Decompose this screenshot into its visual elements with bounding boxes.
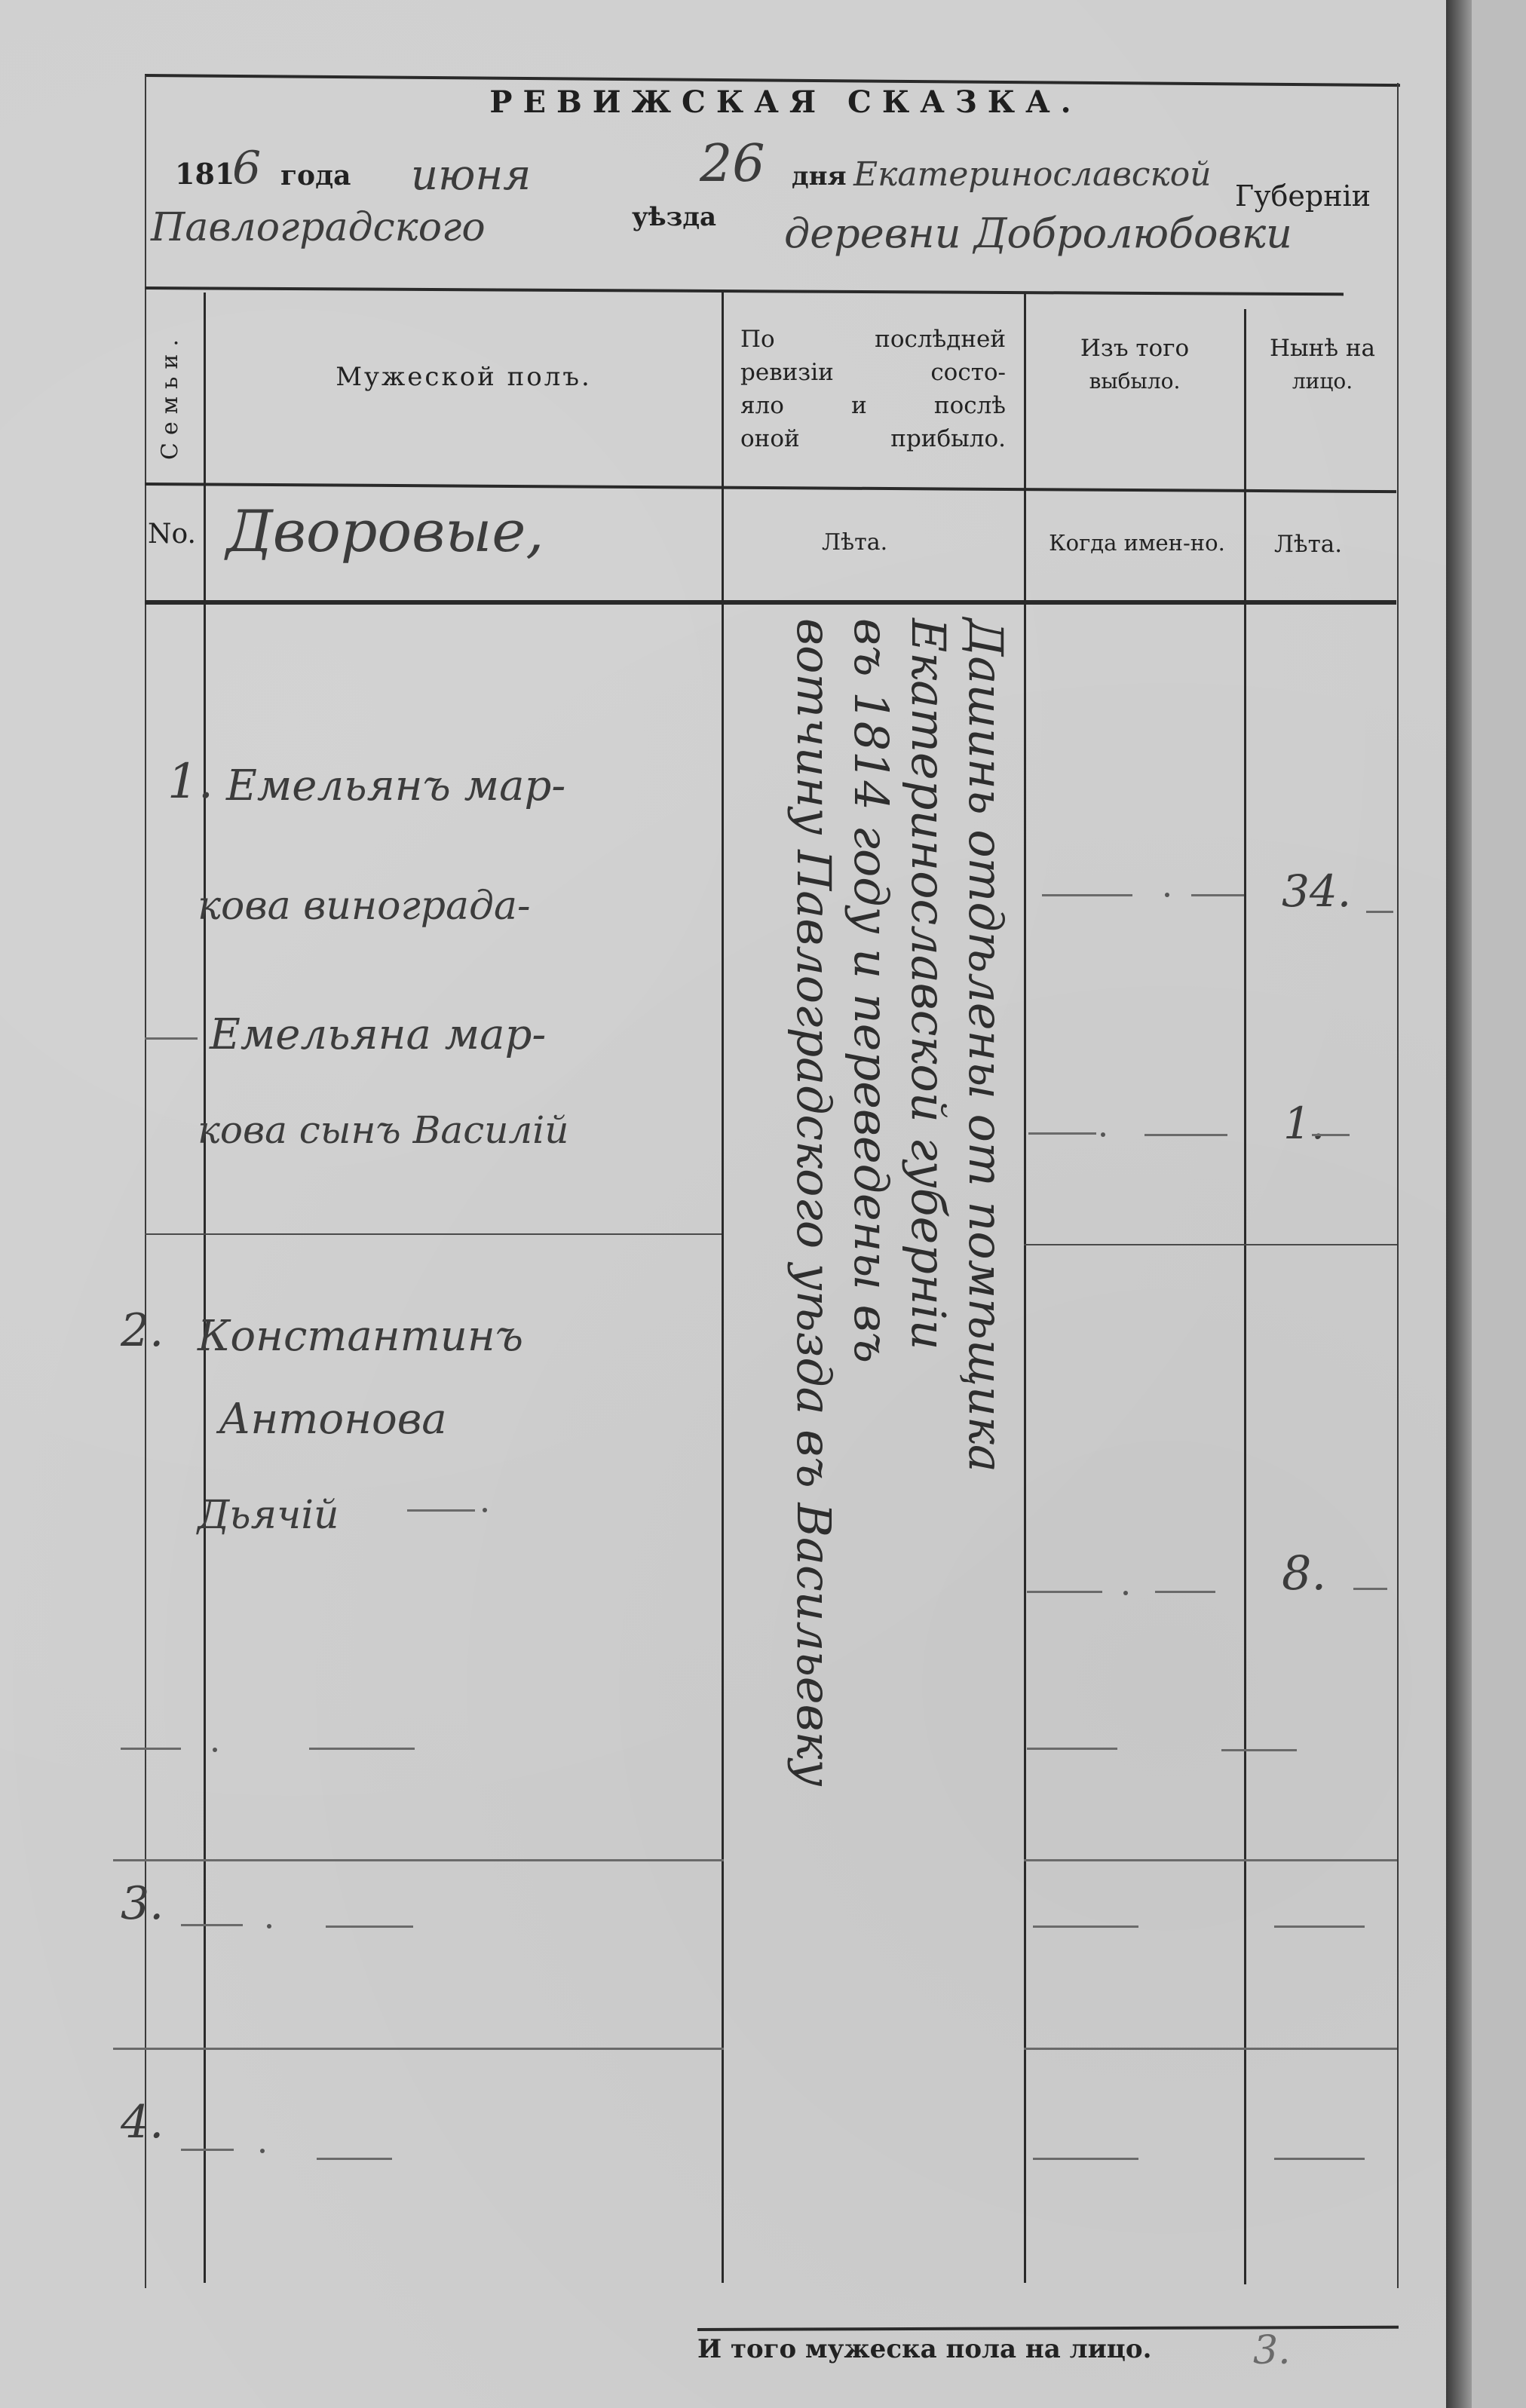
- document-title: РЕВИЖСКАЯ СКАЗКА.: [0, 84, 1526, 120]
- row-4-dash: [181, 2149, 234, 2151]
- row-2-number: 2.: [121, 1304, 164, 1357]
- header-present-line: Нынѣ на: [1248, 332, 1397, 365]
- district-label: уѣзда: [632, 202, 716, 232]
- marginal-note-line: Екатеринославской губерніи: [901, 618, 956, 1350]
- row-1-name-line: кова сынъ Василій: [198, 1108, 568, 1152]
- marginal-note: Дашинь отдѣлены от помѣщика Екатериносла…: [735, 618, 1014, 2277]
- row-1-age-now: 34.: [1282, 865, 1351, 917]
- row-2-departed-dash: [1027, 1591, 1102, 1593]
- header-family: Семьи.: [157, 309, 183, 483]
- marginal-note-line: въ 1814 году и переведены въ: [844, 618, 899, 1363]
- row-2-name-line: Антонова: [219, 1395, 447, 1444]
- header-departed-line: Изъ того: [1027, 332, 1243, 365]
- book-spine-shadow: [1446, 0, 1472, 2408]
- row-separator: [1024, 1244, 1397, 1245]
- row-1-number: 1.: [167, 754, 213, 810]
- row-2-blank-dash: [309, 1748, 415, 1750]
- next-page-edge: [1472, 0, 1526, 2408]
- row-1-departed-dash: [1028, 1132, 1096, 1135]
- row-1-departed-dash: [1191, 894, 1244, 896]
- month-handwritten: июня: [411, 151, 531, 200]
- row-2-departed-dot: [1123, 1591, 1128, 1595]
- marginal-note-line: Дашинь отдѣлены от помѣщика: [958, 618, 1013, 1472]
- row-2-name-line: Константинъ: [198, 1312, 523, 1361]
- body-top-rule: [145, 600, 1396, 605]
- row-1-departed-dash: [1042, 894, 1132, 896]
- header-last-revision-line: По послѣдней: [740, 323, 1006, 356]
- district-handwritten: Павлоградского: [151, 205, 486, 250]
- year-printed: 181: [175, 157, 234, 191]
- header-departed-line: выбыло.: [1027, 365, 1243, 398]
- row-separator: [113, 2048, 724, 2050]
- row-2-blank-dash: [121, 1748, 181, 1750]
- row-separator: [1024, 1859, 1397, 1861]
- column-divider-last-revision: [1024, 293, 1026, 2283]
- year-handwritten: 6: [232, 142, 261, 195]
- row-1-sub-rule: [145, 1037, 198, 1040]
- header-last-revision-line: яло и послѣ: [740, 389, 1006, 422]
- header-last-revision-line: оной прибыло.: [740, 422, 1006, 455]
- row-2-name-dash: [407, 1509, 475, 1512]
- row-4-dash: [1274, 2158, 1365, 2160]
- row-1-departed-dot: [1165, 893, 1169, 897]
- row-3-dot: [267, 1924, 271, 1929]
- frame-left-rule: [145, 75, 146, 2288]
- row-1-name-line: Емельяна мар-: [210, 1010, 546, 1059]
- row-2-departed-dash: [1155, 1591, 1215, 1593]
- row-4-dash: [1033, 2158, 1138, 2160]
- row-1-age-dash: [1312, 1134, 1350, 1136]
- header-departed: Изъ того выбыло.: [1027, 332, 1243, 398]
- row-3-dash: [326, 1925, 413, 1928]
- row-4-number: 4.: [121, 2096, 164, 2149]
- row-1-departed-dot: [1101, 1132, 1105, 1137]
- row-2-name-dot: [483, 1508, 487, 1512]
- day-handwritten: 26: [700, 134, 765, 194]
- column-divider-male: [722, 293, 724, 2283]
- row-4-dash: [317, 2158, 392, 2160]
- row-2-age-now: 8.: [1282, 1546, 1326, 1601]
- row-3-dash: [1274, 1925, 1365, 1928]
- subheader-age: Лѣта.: [822, 529, 887, 556]
- row-3-dash: [181, 1924, 243, 1926]
- column-divider-family: [204, 293, 206, 2283]
- row-4-dot: [260, 2149, 265, 2153]
- village-handwritten: деревни Добролюбовки: [784, 210, 1292, 257]
- row-2-blank-dash: [1221, 1749, 1297, 1751]
- province-handwritten: Екатеринославской: [853, 155, 1212, 194]
- row-separator: [113, 1859, 724, 1861]
- header-last-revision-line: ревизіи состо-: [740, 356, 1006, 389]
- row-1-age-now: 1.: [1283, 1098, 1325, 1149]
- footer-total-value: 3.: [1253, 2328, 1291, 2373]
- marginal-note-line: вотчину Павлоградского уѣзда въ Васильев…: [786, 618, 841, 1787]
- row-1-name-line: Емельянъ мар-: [226, 761, 565, 810]
- header-male: Мужеской полъ.: [207, 360, 720, 394]
- row-2-name-line: Дьячій: [198, 1493, 339, 1538]
- row-1-departed-dash: [1144, 1134, 1227, 1136]
- header-last-revision: По послѣдней ревизіи состо- яло и послѣ …: [740, 323, 1006, 455]
- year-label: года: [280, 160, 351, 191]
- column-divider-departed: [1244, 309, 1246, 2284]
- row-1-name-line: кова винограда-: [198, 884, 531, 929]
- row-2-age-dash: [1353, 1588, 1387, 1590]
- row-3-dash: [1033, 1925, 1138, 1928]
- row-separator: [145, 1233, 722, 1235]
- day-label: дня: [792, 161, 847, 191]
- row-2-blank-dot: [213, 1748, 217, 1752]
- province-label: Губерніи: [1235, 179, 1371, 213]
- header-present-line: лицо.: [1248, 365, 1397, 398]
- subheader-age-now: Лѣта.: [1274, 531, 1342, 558]
- subheader-no: No.: [148, 519, 196, 550]
- header-present: Нынѣ на лицо.: [1248, 332, 1397, 398]
- footer-total-label: И того мужеска пола на лицо.: [697, 2334, 1151, 2364]
- subheader-when: Когда имен-но.: [1031, 528, 1243, 558]
- subheader-category: Дворовые,: [226, 498, 544, 565]
- row-1-age-dash: [1366, 911, 1393, 913]
- row-2-blank-dash: [1027, 1748, 1117, 1750]
- row-3-number: 3.: [121, 1877, 164, 1930]
- row-separator: [1024, 2048, 1397, 2050]
- frame-right-rule: [1397, 83, 1399, 2288]
